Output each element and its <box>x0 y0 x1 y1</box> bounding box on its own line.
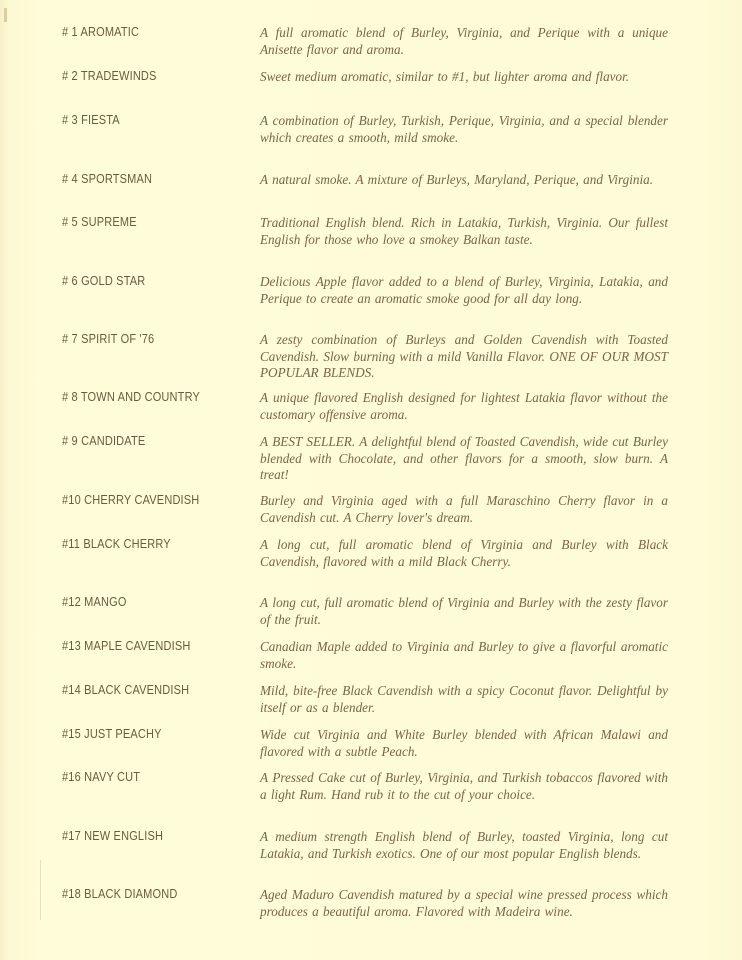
blend-name: #16 NAVY CUT <box>62 770 140 784</box>
blend-name: #12 MANGO <box>62 595 127 609</box>
blend-description: A BEST SELLER. A delightful blend of Toa… <box>260 434 668 484</box>
blend-name: # 5 SUPREME <box>62 215 137 229</box>
blend-description: A natural smoke. A mixture of Burleys, M… <box>260 172 668 189</box>
scan-mark <box>40 860 41 920</box>
blend-description: Burley and Virginia aged with a full Mar… <box>260 493 668 526</box>
blend-name: # 3 FIESTA <box>62 113 120 127</box>
blend-name: #14 BLACK CAVENDISH <box>62 683 189 697</box>
document-page: # 1 AROMATIC A full aromatic blend of Bu… <box>0 0 742 960</box>
blend-name: # 8 TOWN AND COUNTRY <box>62 390 200 404</box>
blend-description: Mild, bite-free Black Cavendish with a s… <box>260 683 668 716</box>
blend-description: Aged Maduro Cavendish matured by a speci… <box>260 887 668 920</box>
blend-description: Delicious Apple flavor added to a blend … <box>260 274 668 307</box>
scan-mark <box>4 8 7 22</box>
blend-name: # 7 SPIRIT OF '76 <box>62 332 154 346</box>
blend-name: #11 BLACK CHERRY <box>62 537 171 551</box>
blend-description: A full aromatic blend of Burley, Virgini… <box>260 25 668 58</box>
blend-name: # 6 GOLD STAR <box>62 274 145 288</box>
blend-name: # 1 AROMATIC <box>62 25 139 39</box>
blend-name: # 9 CANDIDATE <box>62 434 145 448</box>
blend-description: A unique flavored English designed for l… <box>260 390 668 423</box>
blend-description: A long cut, full aromatic blend of Virgi… <box>260 537 668 570</box>
blend-description: A zesty combination of Burleys and Golde… <box>260 332 668 382</box>
blend-description: A medium strength English blend of Burle… <box>260 829 668 862</box>
blend-name: # 2 TRADEWINDS <box>62 69 157 83</box>
blend-name: #13 MAPLE CAVENDISH <box>62 639 190 653</box>
blend-name: #15 JUST PEACHY <box>62 727 162 741</box>
blend-description: Wide cut Virginia and White Burley blend… <box>260 727 668 760</box>
blend-name: #17 NEW ENGLISH <box>62 829 163 843</box>
blend-name: #18 BLACK DIAMOND <box>62 887 178 901</box>
blend-description: Sweet medium aromatic, similar to #1, bu… <box>260 69 668 86</box>
blend-name: #10 CHERRY CAVENDISH <box>62 493 199 507</box>
blend-description: A long cut, full aromatic blend of Virgi… <box>260 595 668 628</box>
blend-description: Canadian Maple added to Virginia and Bur… <box>260 639 668 672</box>
blend-name: # 4 SPORTSMAN <box>62 172 152 186</box>
blend-description: Traditional English blend. Rich in Latak… <box>260 215 668 248</box>
blend-description: A Pressed Cake cut of Burley, Virginia, … <box>260 770 668 803</box>
blend-description: A combination of Burley, Turkish, Periqu… <box>260 113 668 146</box>
